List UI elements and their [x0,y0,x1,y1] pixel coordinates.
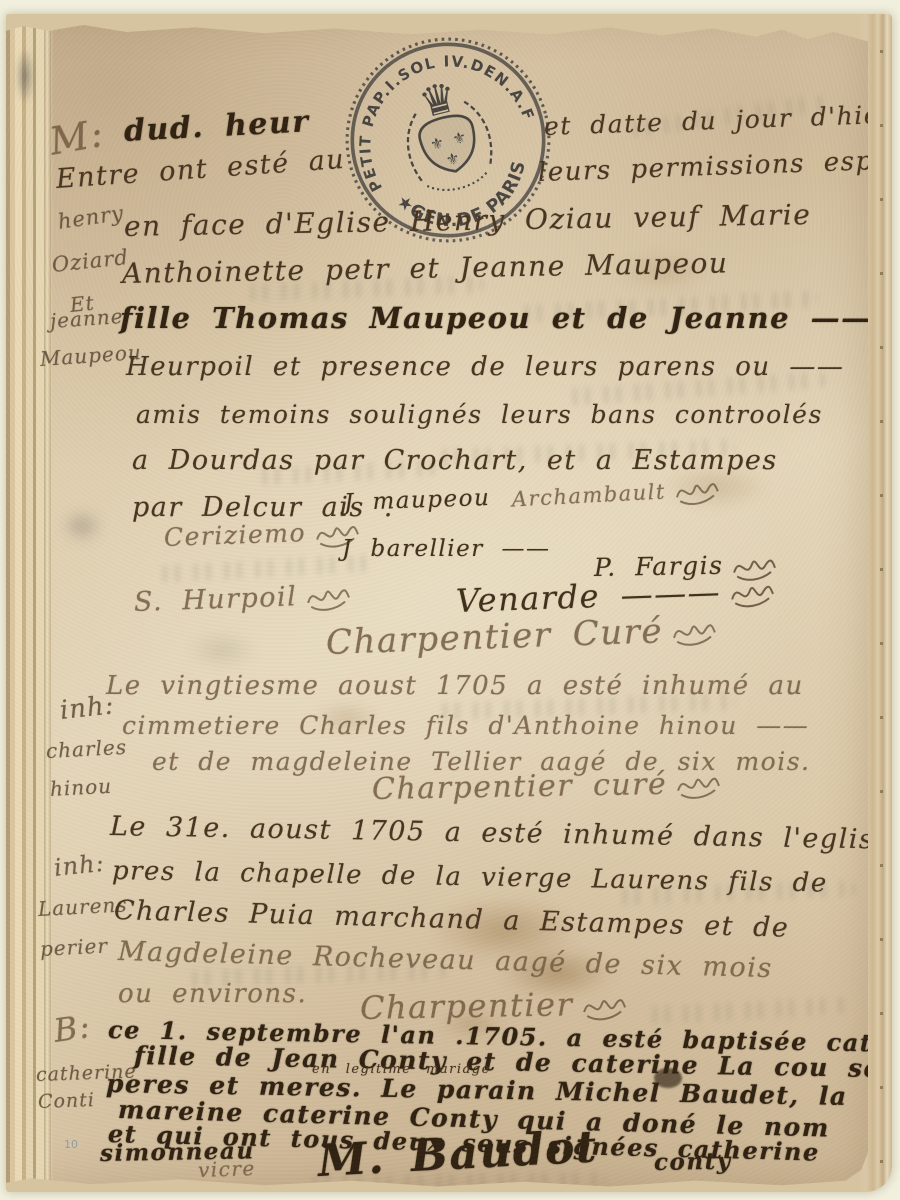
handwritten-text: charles [45,735,127,763]
paraph-flourish [305,581,352,613]
signature: S. Hurpoil [133,579,351,618]
handwritten-text: Oziard [51,245,130,277]
binding-fold-line [44,12,51,1190]
margin-note: henry [56,201,125,234]
handwritten-text: 10 [64,1138,78,1151]
handwritten-text: Conti [38,1089,96,1113]
handwritten-line: conty [654,1148,732,1176]
margin-note: jeanne [49,304,124,333]
handwritten-line: Le 31e. aoust 1705 a esté inhumé dans l'… [110,811,892,856]
handwritten-text: amis temoins soulignés leurs bans contro… [136,400,823,429]
margin-note: hinou [49,774,112,801]
handwritten-text: fille Thomas Maupeou et de Jeanne —— [120,301,872,335]
handwritten-text: cimmetiere Charles fils d'Anthoine hinou… [122,711,809,740]
handwritten-text: pres la chapelle de la vierge Laurens fi… [112,856,828,898]
handwritten-text: M: [46,111,108,164]
handwritten-text: Heurpoil et presence de leurs parens ou … [126,352,844,382]
handwritten-line: pres la chapelle de la vierge Laurens fi… [112,856,828,898]
signature: J barellier —— [342,536,551,562]
signature: Ceriziemo [163,516,360,554]
handwritten-text: hinou [49,774,112,801]
handwritten-text: vicre [198,1156,257,1182]
margin-note: Conti [38,1089,96,1113]
paraph-flourish [581,991,628,1022]
handwritten-text: jeanne [49,304,124,333]
handwritten-text: Archambault [511,479,666,511]
handwritten-line: en face d'Eglise Henry Oziau veuf Marie [124,198,812,243]
manuscript-page: PETIT PAP.I.SOL IV.DEN.A.F ★GEN.DE PARIS… [6,12,868,1190]
margin-note: Oziard [51,245,130,277]
paraph-flourish [729,577,776,609]
margin-note: B: [51,1007,93,1050]
signature: J maupeou [344,485,491,516]
handwritten-text: a Dourdas par Crochart, et a Estampes [132,445,778,476]
handwritten-text: J barellier —— [342,536,551,562]
handwritten-line: amis temoins soulignés leurs bans contro… [136,400,823,429]
handwritten-line: dud. heur [123,104,310,149]
signature: Charpentier Curé [325,609,717,663]
handwritten-text: Charpentier Curé [325,611,663,663]
scanned-manuscript-photo: PETIT PAP.I.SOL IV.DEN.A.F ★GEN.DE PARIS… [0,0,900,1200]
handwritten-text: en face d'Eglise Henry Oziau veuf Marie [124,198,812,243]
handwritten-text: dud. heur [123,104,310,149]
signature: Charpentier curé [372,766,722,807]
handwritten-text: J maupeou [344,485,491,516]
margin-note: charles [45,735,127,763]
paraph-flourish [671,616,718,648]
margin-note: perier [39,933,108,961]
bleedthrough-ghost-writing [646,997,847,1024]
handwritten-line: fille Thomas Maupeou et de Jeanne —— [120,301,872,335]
handwritten-text: B: [51,1007,93,1050]
collar-chain [427,171,490,196]
handwritten-text: Ceriziemo [163,518,306,552]
page-number: 10 [64,1138,78,1151]
stain [174,624,270,676]
handwritten-text: henry [56,201,125,234]
handwritten-line: Heurpoil et presence de leurs parens ou … [126,352,844,382]
paraph-flourish [675,770,722,801]
handwritten-text: ou environs. [118,979,307,1009]
handwritten-line: a Dourdas par Crochart, et a Estampes [132,445,778,476]
handwritten-line: Le vingtiesme aoust 1705 a esté inhumé a… [106,671,804,701]
handwritten-text: inh: [53,849,106,882]
handwritten-line: ou environs. [118,979,307,1009]
handwritten-text: Charpentier curé [372,767,668,807]
stain [54,504,110,548]
paraph-flourish [673,475,721,507]
handwritten-text: Le vingtiesme aoust 1705 a esté inhumé a… [106,671,804,701]
handwritten-line: vicre [198,1156,257,1182]
handwritten-text: conty [654,1148,732,1176]
binding-smudge [12,38,38,114]
handwritten-text: Le 31e. aoust 1705 a esté inhumé dans l'… [110,811,892,856]
handwritten-text: perier [39,933,108,961]
margin-note: M: [46,111,108,164]
margin-note: inh: [53,849,106,882]
handwritten-text: S. Hurpoil [133,581,297,618]
handwritten-line: cimmetiere Charles fils d'Anthoine hinou… [122,711,809,740]
